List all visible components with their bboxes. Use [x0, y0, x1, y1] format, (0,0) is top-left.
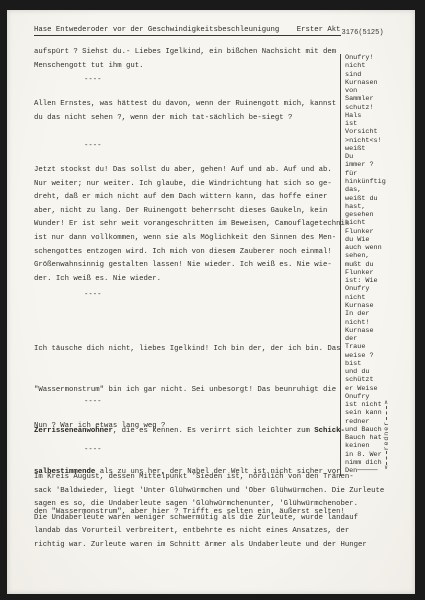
- section-separator: ----: [84, 74, 102, 88]
- section-separator: ----: [84, 444, 102, 458]
- section-separator: ----: [84, 140, 102, 154]
- margin-vertical-note: ∧ redner ∨: [379, 400, 393, 482]
- margin-annotations: Onufry! nicht sind Kurnasen von Sammler …: [340, 54, 405, 476]
- text-line: "Wassermonstrum" bin ich gar nicht. Sei …: [34, 384, 345, 398]
- text-run: Ich täusche dich nicht, liebes Igelkind!…: [34, 345, 341, 353]
- paragraph-1: aufspürt ? Siehst du.- Liebes Igelkind, …: [34, 46, 336, 73]
- paragraph-2: Allen Ernstes, was hättest du davon, wen…: [34, 98, 336, 125]
- text-line: Ich täusche dich nicht, liebes Igelkind!…: [34, 343, 345, 357]
- page-header: Hase Entwederoder vor der Geschwindigkei…: [34, 26, 384, 36]
- scanned-page: Hase Entwederoder vor der Geschwindigkei…: [7, 10, 415, 594]
- page-title: Hase Entwederoder vor der Geschwindigkei…: [34, 26, 341, 36]
- text-run: "Wassermonstrum" bin ich gar nicht. Sei …: [34, 386, 336, 394]
- dashed-connector: [386, 451, 387, 465]
- paragraph-5: Nun ? War ich etwas lang weg ?: [34, 420, 165, 434]
- dashed-connector: [386, 406, 387, 420]
- scanner-background: { "colors": { "background": "#1a1a1a", "…: [0, 0, 425, 600]
- arrow-down-icon: ∨: [384, 465, 388, 471]
- section-separator: ----: [84, 289, 102, 303]
- paragraph-3: Jetzt stockst du! Das sollst du aber, ge…: [34, 164, 349, 286]
- paragraph-6: Im Kreis August, dessen Mittelpunkt 'Sie…: [34, 471, 384, 553]
- section-separator: ----: [84, 396, 102, 410]
- page-number: 3176(5125): [342, 29, 384, 37]
- vertical-note-text: redner: [383, 420, 390, 451]
